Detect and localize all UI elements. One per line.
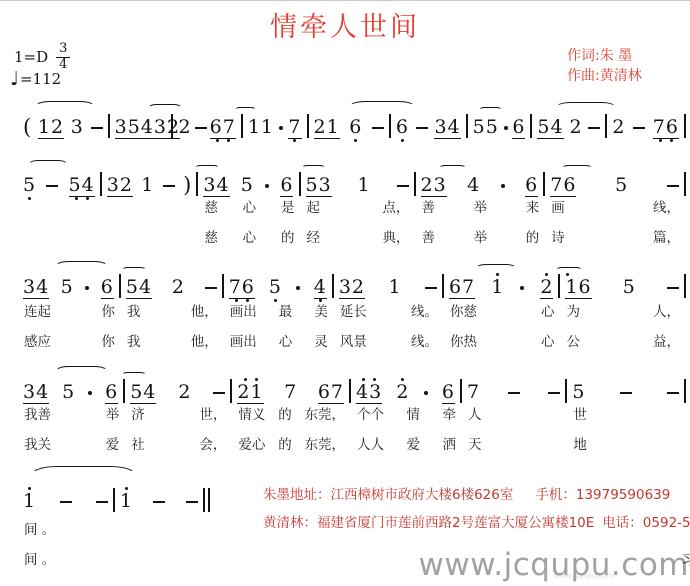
note-glyph-wrap: 34 xyxy=(203,175,229,196)
duration-dash xyxy=(620,392,632,394)
lyric-measure: 风景线。 xyxy=(334,330,444,350)
note-token xyxy=(279,112,283,143)
zhumo-address: 朱墨地址：江西樟树市政府大楼6楼626室 xyxy=(263,487,513,503)
note-token xyxy=(416,112,428,143)
lyric-measure: 你热心 xyxy=(444,330,560,350)
lyrics-row: 间 。 xyxy=(18,518,210,538)
site-watermark: www.jcqupu.com xyxy=(419,547,689,583)
contact-line-zhumo: 朱墨地址：江西樟树市政府大楼6楼626室手机：13979590639 xyxy=(263,483,670,503)
note-glyph-wrap: 21 xyxy=(314,117,340,138)
note-glyph-wrap: 6 xyxy=(349,117,362,138)
note-glyph-wrap: 76 xyxy=(550,175,576,196)
note-digits: 76 xyxy=(550,175,576,197)
barline xyxy=(684,274,686,298)
note-glyph-wrap: 2 xyxy=(612,117,625,138)
lyric-word: 的 xyxy=(281,226,295,246)
lyric-word: 我 xyxy=(127,300,141,320)
octave-dots-below xyxy=(96,512,108,517)
note-token: 3 xyxy=(71,112,84,143)
slur-arc xyxy=(476,264,516,272)
note-token xyxy=(60,486,72,517)
tie-hat-arc xyxy=(195,165,219,170)
note-glyph-wrap: 1 xyxy=(358,175,371,196)
contact-line-huangqinglin: 黄清林：福建省厦门市莲前西路2号莲富大厦公寓楼10E电话：0592-516167… xyxy=(263,511,690,531)
note-token: 2 xyxy=(178,112,191,143)
lyric-word: 来 xyxy=(526,196,540,216)
note-glyph-wrap: 34 xyxy=(23,277,49,298)
octave-dots-below xyxy=(178,138,191,143)
note-digits: 7 xyxy=(288,117,301,139)
lyric-word: 举 xyxy=(474,196,488,216)
octave-dot xyxy=(670,139,673,142)
time-numerator: 3 xyxy=(56,42,70,58)
dotted-note-dot xyxy=(265,184,269,188)
lyric-word: 的 xyxy=(278,433,292,453)
lyric-word: 延长 xyxy=(340,300,367,320)
lyrics-row: 慈心是起点，善举来画线， xyxy=(18,196,686,216)
octave-dots-below xyxy=(91,138,103,143)
note-digits: 5 xyxy=(62,382,75,403)
note-glyph-wrap: 54 xyxy=(537,117,563,138)
note-digits: 11 xyxy=(248,117,274,138)
note-token: 76 xyxy=(653,112,679,143)
octave-dots-below xyxy=(60,512,72,517)
note-glyph-wrap: 1 xyxy=(23,491,36,512)
lyric-measure: 画线， xyxy=(545,196,686,216)
dotted-note-dot xyxy=(296,286,300,290)
lyrics-row: 慈心的经典，善举的诗篇， xyxy=(18,226,686,246)
note-digits: 5 xyxy=(269,277,282,298)
note-glyph-wrap: 5 xyxy=(62,382,75,403)
measure: 1 xyxy=(115,486,203,517)
note-digits: 1 xyxy=(120,491,133,512)
octave-dots-below xyxy=(349,138,362,143)
note-glyph-wrap: 1 xyxy=(491,277,504,298)
measure: 267 xyxy=(173,112,240,143)
lyrics-row: 感应你我他，画出心灵风景线。你热心公益， xyxy=(18,330,686,350)
composer-credit: 作曲:黄清林 xyxy=(567,67,642,87)
note-token: 5 xyxy=(61,272,74,303)
lyrics-row: 我善举济世，情义的东莞，个个情牵人世 xyxy=(18,403,686,423)
note-digits: 2 xyxy=(569,117,582,138)
octave-dot xyxy=(216,139,219,142)
note-glyph-wrap xyxy=(60,491,72,512)
lyric-word: 人， xyxy=(653,300,680,320)
note-glyph-wrap: 5 xyxy=(623,277,636,298)
lyric-word: 爱心 xyxy=(238,433,265,453)
music-system: 11 xyxy=(18,462,210,517)
octave-dots-below xyxy=(210,138,236,143)
note-token xyxy=(372,112,384,143)
lyric-word: 社 xyxy=(131,433,145,453)
duration-dash xyxy=(667,185,679,187)
lyric-measure: 起点， xyxy=(301,196,416,216)
tie-hat-arc xyxy=(562,165,591,170)
note-glyph-wrap: 5 xyxy=(61,277,74,298)
lyric-word: 画 xyxy=(551,196,565,216)
note-digits: 6 xyxy=(442,382,455,404)
note-digits: 34 xyxy=(23,382,49,404)
note-digits: 12 xyxy=(38,117,64,139)
octave-dots-below xyxy=(23,512,36,517)
note-token: 54 xyxy=(126,272,152,303)
duration-dash xyxy=(46,185,58,187)
note-digits: 43 xyxy=(356,382,382,404)
lyric-measure xyxy=(18,196,102,216)
note-glyph-wrap: 53 xyxy=(306,175,332,196)
lyric-measure xyxy=(118,518,211,538)
lyric-measure: 地 xyxy=(567,433,686,453)
duration-dash xyxy=(633,127,645,129)
note-glyph-wrap: 5 xyxy=(615,175,628,196)
note-token xyxy=(96,486,108,517)
note-token: 34 xyxy=(434,112,460,143)
tie-hat-arc xyxy=(302,165,325,170)
note-digits: 32 xyxy=(107,175,133,197)
lyric-word: 心 xyxy=(541,330,555,350)
note-glyph-wrap xyxy=(501,175,505,196)
lyric-word: 线。 xyxy=(411,300,438,320)
slur-arc xyxy=(349,101,416,112)
note-glyph-wrap: 1 xyxy=(388,277,401,298)
note-digits: 76 xyxy=(653,117,679,139)
note-glyph-wrap: 11 xyxy=(248,117,274,138)
measure: 6712 xyxy=(444,272,558,303)
note-digits: 5 xyxy=(241,175,254,196)
note-glyph-wrap: 16 xyxy=(565,277,591,298)
note-glyph-wrap: 1 xyxy=(120,491,133,512)
octave-dots-below xyxy=(153,512,165,517)
lyric-word: 慈 xyxy=(204,196,218,216)
lyric-measure: 世 xyxy=(567,403,686,423)
lyric-word: 举 xyxy=(474,226,488,246)
close-paren: ) xyxy=(183,175,191,196)
slur-arc xyxy=(30,466,138,486)
lyric-word: 东莞， xyxy=(305,403,346,423)
lyric-word: 牵 xyxy=(443,403,457,423)
measure: 634 xyxy=(391,112,466,143)
note-glyph-wrap xyxy=(667,175,679,196)
note-glyph-wrap: ) xyxy=(183,175,191,196)
note-token: 32 xyxy=(339,272,365,303)
lyric-measure: 公益， xyxy=(560,330,686,350)
lyric-word: 爱 xyxy=(106,433,120,453)
duration-dash xyxy=(163,185,175,187)
note-glyph-wrap: 2 xyxy=(172,277,185,298)
lyric-word: 人人 xyxy=(357,433,384,453)
lyric-word: 洒 xyxy=(443,433,457,453)
dotted-note-dot xyxy=(88,391,92,395)
music-system: 554321)34565312346765 xyxy=(18,154,686,201)
octave-dot xyxy=(227,139,230,142)
note-glyph-wrap xyxy=(153,491,165,512)
note-digits: 2 xyxy=(178,117,191,138)
note-glyph-wrap: 6 xyxy=(525,175,538,196)
clipped-edge-glyph: 习 xyxy=(681,549,690,570)
lyric-measure: 社会， xyxy=(125,433,232,453)
note-glyph-wrap xyxy=(213,382,225,403)
lyric-word: 他， xyxy=(191,330,218,350)
lyric-measure: 个个情牵 xyxy=(351,403,462,423)
note-glyph-wrap xyxy=(279,117,283,138)
note-token: 2 xyxy=(569,112,582,143)
note-glyph-wrap: 34 xyxy=(434,117,460,138)
note-glyph-wrap xyxy=(88,382,92,403)
quarter-note-icon: ♩ xyxy=(10,68,19,90)
note-glyph-wrap xyxy=(46,175,58,196)
lyric-measure: 间 。 xyxy=(18,548,118,568)
note-token: 55 xyxy=(473,112,499,143)
lyric-word: 经 xyxy=(307,226,321,246)
note-token: 16 xyxy=(565,272,591,303)
note-token xyxy=(667,272,679,303)
lyrics-row: 我关爱社会，爱心的东莞，人人爱洒天地 xyxy=(18,433,686,453)
note-digits: 6 xyxy=(512,117,525,139)
note-token: 34 xyxy=(23,272,49,303)
lyric-word: 画出 xyxy=(230,330,257,350)
note-digits: 4 xyxy=(314,277,327,299)
note-glyph-wrap: 76 xyxy=(653,117,679,138)
note-digits: 4 xyxy=(467,175,480,196)
note-digits: 2 xyxy=(396,382,409,403)
octave-dots-below xyxy=(512,138,525,143)
octave-dots-below xyxy=(372,138,384,143)
note-token: 6 xyxy=(101,272,114,303)
measure: 7654 xyxy=(224,272,332,303)
lyric-word: 会， xyxy=(199,433,226,453)
note-token: 2 xyxy=(540,272,553,303)
music-system: 345654221767432675 xyxy=(18,361,686,408)
note-token: 1 xyxy=(120,486,133,517)
note-digits: 1 xyxy=(141,175,154,196)
lyric-word: 你慈 xyxy=(450,300,477,320)
note-glyph-wrap: 6 xyxy=(105,382,118,403)
note-token xyxy=(588,112,600,143)
lyric-word: 我 xyxy=(127,330,141,350)
measure: 1 xyxy=(18,486,113,517)
note-digits: 6 xyxy=(105,382,118,404)
octave-dots-below xyxy=(633,138,645,143)
dotted-note-dot xyxy=(279,126,283,130)
note-glyph-wrap: 67 xyxy=(449,277,475,298)
note-glyph-wrap: 54 xyxy=(126,277,152,298)
lyric-word: 点， xyxy=(383,196,410,216)
note-digits: 76 xyxy=(229,277,255,299)
note-digits: 67 xyxy=(210,117,236,139)
lyric-measure: 延长线。 xyxy=(334,300,444,320)
measure: 556 xyxy=(468,112,531,143)
note-glyph-wrap: 67 xyxy=(318,382,344,403)
octave-dots-below xyxy=(71,138,84,143)
note-digits: 2 xyxy=(172,277,185,298)
note-digits: 55 xyxy=(473,117,499,138)
tie-hat-arc xyxy=(122,267,146,272)
note-glyph-wrap: 55 xyxy=(473,117,499,138)
note-digits: 6 xyxy=(280,175,293,197)
note-digits: 32 xyxy=(339,277,365,299)
octave-dots-below xyxy=(504,138,508,143)
lyric-measure: 人 xyxy=(462,403,567,423)
notes-row: 345654276543216712165 xyxy=(18,272,686,303)
tie-hat-arc xyxy=(556,267,583,272)
note-glyph-wrap xyxy=(588,117,600,138)
lyric-word: 画出 xyxy=(230,300,257,320)
lyric-measure: 为人， xyxy=(560,300,686,320)
top-border-line xyxy=(0,0,690,1)
note-glyph-wrap xyxy=(372,117,384,138)
lyric-word: 个个 xyxy=(357,403,384,423)
note-digits: 1 xyxy=(388,277,401,298)
note-token: 76 xyxy=(229,272,255,303)
slur-arc xyxy=(55,366,108,377)
octave-dot xyxy=(659,139,662,142)
slur-arc xyxy=(28,160,68,170)
lyric-measure xyxy=(118,548,211,568)
octave-dot xyxy=(354,139,357,142)
note-digits: 5 xyxy=(23,175,36,196)
note-token: 2 xyxy=(612,112,625,143)
note-token: 43 xyxy=(141,112,167,143)
note-digits: 1 xyxy=(491,277,504,298)
tie-hat-arc xyxy=(479,107,502,112)
lyric-word: 的 xyxy=(278,403,292,423)
note-token: 1 xyxy=(23,486,36,517)
duration-dash xyxy=(416,127,428,129)
octave-dot xyxy=(401,139,404,142)
note-glyph-wrap xyxy=(205,277,217,298)
lyric-word: 你 xyxy=(101,300,115,320)
duration-dash xyxy=(60,501,72,503)
lyric-word: 东莞， xyxy=(305,433,346,453)
octave-dots-below xyxy=(434,138,460,143)
note-token xyxy=(91,112,103,143)
note-token: 6 xyxy=(349,112,362,143)
dotted-note-dot xyxy=(85,286,89,290)
lyric-word: 善 xyxy=(422,196,436,216)
lyric-measure: 爱心的东莞， xyxy=(232,433,351,453)
note-glyph-wrap xyxy=(85,277,89,298)
lyric-word: 地 xyxy=(573,433,587,453)
note-glyph-wrap xyxy=(425,277,437,298)
note-glyph-wrap xyxy=(548,382,560,403)
note-token: 2 xyxy=(172,272,185,303)
lyric-measure: 慈心的 xyxy=(198,226,300,246)
note-token: 6 xyxy=(512,112,525,143)
lyric-word: 济 xyxy=(131,403,145,423)
note-glyph-wrap xyxy=(265,175,269,196)
measure: 165 xyxy=(560,272,684,303)
octave-dots-below xyxy=(653,138,679,143)
credits: 作词:朱 墨 作曲:黄清林 xyxy=(567,47,642,86)
octave-dots-below xyxy=(120,512,133,517)
note-digits: 54 xyxy=(537,117,563,139)
octave-dots-below xyxy=(248,138,274,143)
measure: (123 xyxy=(18,112,108,143)
slur-arc xyxy=(55,261,108,272)
open-paren: ( xyxy=(23,117,31,138)
lyric-measure: 济世， xyxy=(125,403,232,423)
duration-dash xyxy=(397,185,409,187)
measure: 321 xyxy=(334,272,442,303)
zhumo-phone: 手机：13979590639 xyxy=(535,487,670,503)
note-glyph-wrap: 2 xyxy=(396,382,409,403)
note-token xyxy=(425,272,437,303)
duration-dash xyxy=(213,392,225,394)
tie-hat-arc xyxy=(439,165,466,170)
note-glyph-wrap: 6 xyxy=(396,117,409,138)
lyric-measure: 连起你 xyxy=(18,300,121,320)
note-glyph-wrap: 32 xyxy=(107,175,133,196)
octave-dots-below xyxy=(141,138,167,143)
note-glyph-wrap xyxy=(508,382,520,403)
duration-dash xyxy=(667,392,679,394)
note-glyph-wrap: 54 xyxy=(130,382,156,403)
dotted-note-dot xyxy=(520,286,524,290)
lyric-word: 心 xyxy=(243,196,257,216)
note-glyph-wrap: ( xyxy=(23,117,31,138)
note-token: 54 xyxy=(537,112,563,143)
measure: 216 xyxy=(309,112,389,143)
lyric-word: 心 xyxy=(243,226,257,246)
duration-dash xyxy=(425,287,437,289)
lyric-word: 起 xyxy=(307,196,321,216)
notes-row: (12335432267117216634556542276 xyxy=(18,112,686,143)
lyrics-row: 连起你我他，画出最美延长线。你慈心为人， xyxy=(18,300,686,320)
lyric-word: 你热 xyxy=(450,330,477,350)
octave-dots-below xyxy=(186,512,198,517)
note-digits: 1 xyxy=(23,491,36,512)
music-system: 345654276543216712165 xyxy=(18,256,686,303)
note-digits: 34 xyxy=(23,277,49,299)
note-token: 1 xyxy=(491,272,504,303)
notes-row: 11 xyxy=(18,486,210,517)
note-digits: 5 xyxy=(61,277,74,298)
key-signature: 1=D xyxy=(14,48,48,66)
duration-dash xyxy=(667,287,679,289)
note-digits: 21 xyxy=(237,382,263,404)
measure: 542 xyxy=(532,112,605,143)
note-digits: 6 xyxy=(349,117,362,138)
lyric-measure: 感应你 xyxy=(18,330,121,350)
note-glyph-wrap: 67 xyxy=(210,117,236,138)
lyric-word: 你 xyxy=(101,330,115,350)
note-glyph-wrap: 3 xyxy=(71,117,84,138)
lyric-word: 我关 xyxy=(24,433,51,453)
barline xyxy=(684,379,686,403)
lyric-measure xyxy=(102,226,199,246)
note-token: 5 xyxy=(269,272,282,303)
note-glyph-wrap: 7 xyxy=(467,382,480,403)
lyric-word: 情 xyxy=(407,403,421,423)
lyric-word: 善 xyxy=(422,226,436,246)
note-glyph-wrap xyxy=(633,117,645,138)
measure: 276 xyxy=(607,112,684,143)
duration-dash xyxy=(195,127,207,129)
lyric-word: 连起 xyxy=(24,300,51,320)
measure: 3456 xyxy=(18,272,119,303)
lyric-measure xyxy=(102,196,199,216)
barline xyxy=(684,114,686,138)
huangqinglin-phone: 电话：0592-5161679 xyxy=(602,515,690,531)
note-glyph-wrap: 34 xyxy=(23,382,49,403)
song-title: 情牵人世间 xyxy=(0,5,690,44)
lyric-word: 天 xyxy=(468,433,482,453)
note-glyph-wrap: 23 xyxy=(421,175,447,196)
note-digits: 35 xyxy=(115,117,141,139)
note-token: 6 xyxy=(396,112,409,143)
note-token xyxy=(195,112,207,143)
note-digits: 7 xyxy=(284,382,297,403)
